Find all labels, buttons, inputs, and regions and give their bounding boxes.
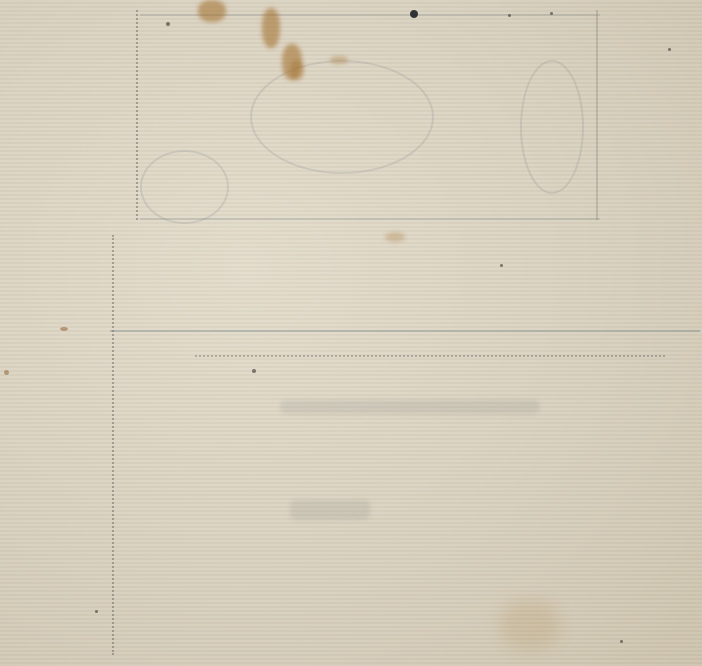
rust-stain — [330, 56, 348, 64]
ink-speck — [410, 10, 418, 18]
speck — [668, 48, 671, 51]
frame-line-right — [596, 10, 598, 220]
rust-stain — [385, 232, 405, 242]
ghost-ornament — [520, 60, 584, 194]
speck — [550, 12, 553, 15]
speck — [95, 610, 98, 613]
speck — [60, 327, 68, 331]
ghost-script-dots — [195, 355, 665, 367]
rust-stain — [262, 8, 280, 48]
ghost-seal — [140, 150, 229, 224]
rust-stain — [290, 60, 304, 80]
speck — [252, 369, 256, 373]
frame-line-left-bottom — [112, 235, 114, 655]
ghost-script-blur — [280, 400, 540, 414]
speck — [508, 14, 511, 17]
water-stain — [500, 600, 560, 650]
ghost-medallion — [250, 60, 434, 174]
rust-stain — [198, 0, 226, 22]
fold-line — [110, 330, 700, 332]
speck — [500, 264, 503, 267]
aged-paper — [0, 0, 702, 666]
frame-line-left-top — [136, 10, 138, 220]
ghost-number-blur — [290, 500, 370, 520]
frame-line-mid — [140, 218, 600, 220]
speck — [620, 640, 623, 643]
speck — [4, 370, 9, 375]
speck — [166, 22, 170, 26]
